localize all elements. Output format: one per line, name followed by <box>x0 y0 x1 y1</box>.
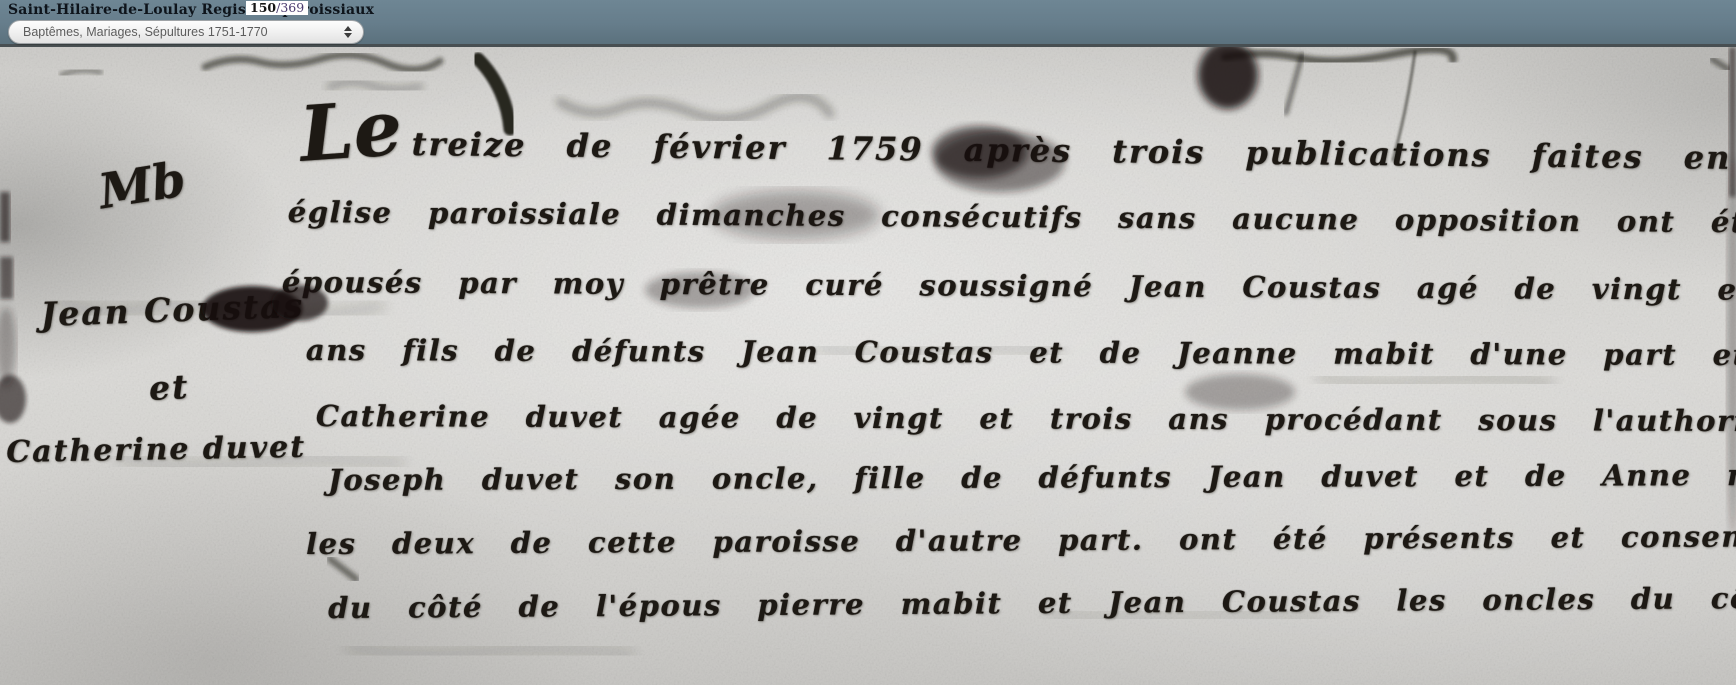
margin-note-act-type: Mb <box>95 151 189 220</box>
record-line-6: Joseph duvet son oncle, fille de défunts… <box>328 458 1736 497</box>
record-line-5: Catherine duvet agée de vingt et trois a… <box>316 399 1736 438</box>
record-line-7: les deux de cette paroisse d'autre part.… <box>306 519 1736 561</box>
register-title: Saint-Hilaire-de-Loulay Registres parois… <box>8 2 374 18</box>
viewer-header: Saint-Hilaire-de-Loulay Registres parois… <box>0 0 1736 47</box>
margin-note-groom-name: Jean Coustas <box>40 286 305 334</box>
page-current: 150 <box>250 1 276 15</box>
page-indicator-input[interactable]: 150/369 <box>246 1 308 15</box>
register-scan-image[interactable]: Mb Jean Coustas et Catherine duvet Le tr… <box>0 47 1736 685</box>
record-drop-cap: Le <box>298 98 404 165</box>
margin-note-et: et <box>148 367 190 408</box>
collection-select-value: Baptêmes, Mariages, Sépultures 1751-1770 <box>23 25 268 39</box>
record-line-1: treize de février 1759 après trois publi… <box>412 125 1736 178</box>
record-line-8: du côté de l'épous pierre mabit et Jean … <box>328 580 1736 625</box>
collection-select[interactable]: Baptêmes, Mariages, Sépultures 1751-1770 <box>8 20 364 44</box>
select-arrows-icon <box>344 22 352 42</box>
record-line-3: épousés par moy prêtre curé soussigné Je… <box>282 265 1736 307</box>
record-line-2: église paroissiale dimanches consécutifs… <box>288 195 1736 239</box>
margin-note-bride-name: Catherine duvet <box>6 430 306 470</box>
page-total: 369 <box>280 1 304 15</box>
archive-viewer: Saint-Hilaire-de-Loulay Registres parois… <box>0 0 1736 685</box>
record-line-4: ans fils de défunts Jean Coustas et de J… <box>306 333 1736 372</box>
